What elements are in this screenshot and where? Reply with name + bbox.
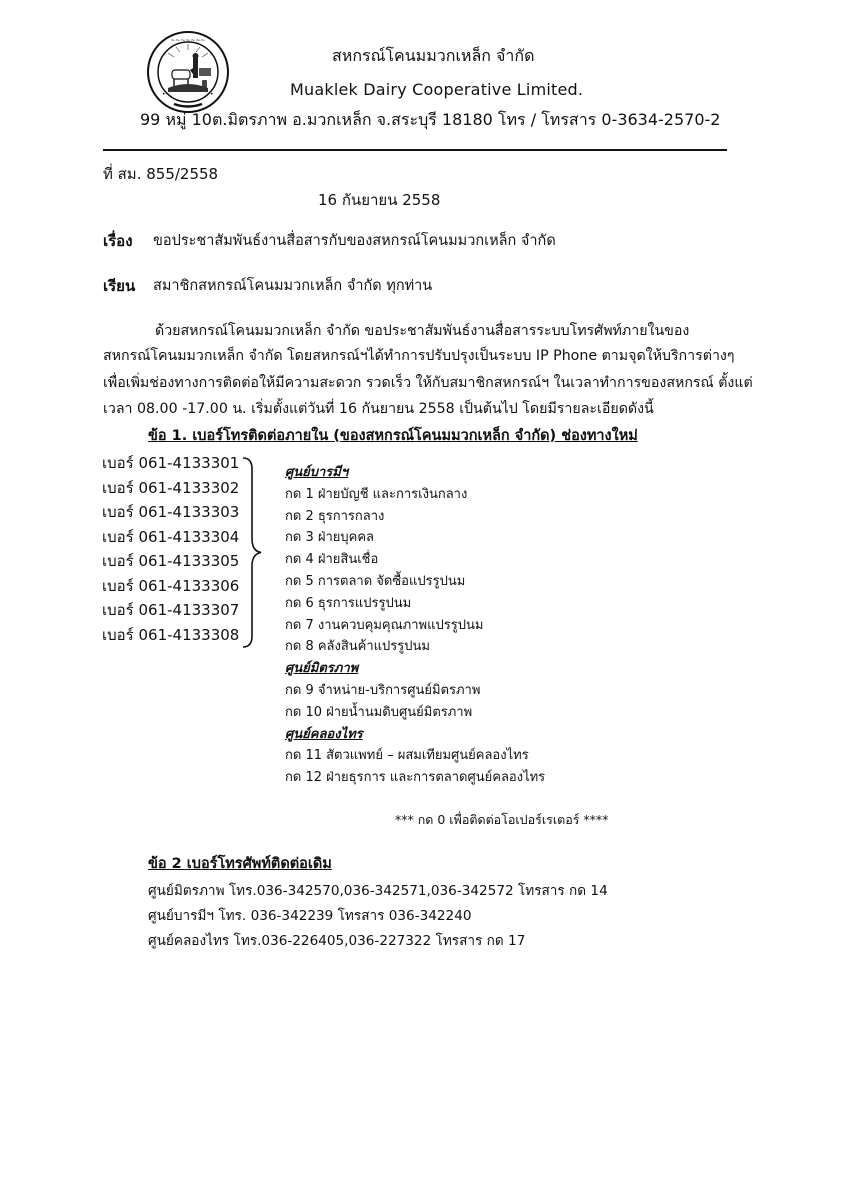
section-2-title: ข้อ 2 เบอร์โทรศัพท์ติดต่อเดิม [148,852,332,875]
extension-item: กด 12 ฝ่ายธุรการ และการตลาดศูนย์คลองไทร [285,766,545,788]
center-heading: ศูนย์คลองไทร [285,723,545,745]
phone-number: เบอร์ 061-4133303 [102,500,239,525]
phone-number: เบอร์ 061-4133308 [102,623,239,648]
body-paragraph-line: ด้วยสหกรณ์โคนมมวกเหล็ก จำกัด ขอประชาสัมพ… [155,320,689,342]
extension-item: กด 4 ฝ่ายสินเชื่อ [285,548,545,570]
extension-item: กด 11 สัตวแพทย์ – ผสมเทียมศูนย์คลองไทร [285,744,545,766]
extension-list: ศูนย์บารมีฯ กด 1 ฝ่ายบัญชี และการเงินกลา… [285,461,545,788]
extension-item: กด 8 คลังสินค้าแปรรูปนม [285,635,545,657]
extension-item: กด 2 ธุรการกลาง [285,505,545,527]
extension-item: กด 7 งานควบคุมคุณภาพแปรรูปนม [285,614,545,636]
legacy-phone-line: ศูนย์มิตรภาพ โทร.036-342570,036-342571,0… [148,879,608,904]
phone-number-list: เบอร์ 061-4133301 เบอร์ 061-4133302 เบอร… [102,451,239,647]
letter-date: 16 กันยายน 2558 [318,188,440,212]
operator-note: *** กด 0 เพื่อติดต่อโอเปอร์เรเตอร์ **** [395,810,608,830]
recipient-label: เรียน [103,274,135,298]
header-divider [103,149,727,151]
phone-number: เบอร์ 061-4133302 [102,476,239,501]
organization-address: 99 หมู่ 10ต.มิตรภาพ อ.มวกเหล็ก จ.สระบุรี… [140,108,720,133]
extension-item: กด 10 ฝ่ายน้ำนมดิบศูนย์มิตรภาพ [285,701,545,723]
cow-seal-icon: ~~~~~~~ • • [146,30,230,114]
center-heading: ศูนย์บารมีฯ [285,461,545,483]
organization-name-english: Muaklek Dairy Cooperative Limited. [290,80,583,99]
phone-number: เบอร์ 061-4133307 [102,598,239,623]
extension-item: กด 9 จำหน่าย-บริการศูนย์มิตรภาพ [285,679,545,701]
center-heading: ศูนย์มิตรภาพ [285,657,545,679]
extension-item: กด 5 การตลาด จัดซื้อแปรรูปนม [285,570,545,592]
extension-item: กด 3 ฝ่ายบุคคล [285,526,545,548]
svg-text:~~~~~~~: ~~~~~~~ [170,37,205,44]
recipient-text: สมาชิกสหกรณ์โคนมมวกเหล็ก จำกัด ทุกท่าน [153,274,432,297]
phone-number: เบอร์ 061-4133306 [102,574,239,599]
phone-number: เบอร์ 061-4133304 [102,525,239,550]
body-paragraph-line: สหกรณ์โคนมมวกเหล็ก จำกัด โดยสหกรณ์ฯได้ทำ… [103,345,734,367]
body-paragraph-line: เวลา 08.00 -17.00 น. เริ่มตั้งแต่วันที่ … [103,398,654,420]
section-1-title: ข้อ 1. เบอร์โทรติดต่อภายใน (ของสหกรณ์โคน… [148,424,638,447]
organization-name-thai: สหกรณ์โคนมมวกเหล็ก จำกัด [332,44,534,69]
phone-number: เบอร์ 061-4133301 [102,451,239,476]
legacy-phone-list: ศูนย์มิตรภาพ โทร.036-342570,036-342571,0… [148,879,608,954]
legacy-phone-line: ศูนย์คลองไทร โทร.036-226405,036-227322 โ… [148,929,608,954]
legacy-phone-line: ศูนย์บารมีฯ โทร. 036-342239 โทรสาร 036-3… [148,904,608,929]
subject-text: ขอประชาสัมพันธ์งานสื่อสารกับของสหกรณ์โคน… [153,229,556,252]
right-curly-brace-icon [240,455,264,650]
reference-number: ที่ สม. 855/2558 [103,162,218,186]
body-paragraph-line: เพื่อเพิ่มช่องทางการติดต่อให้มีความสะดวก… [103,372,753,394]
svg-text:•: • [162,91,166,98]
subject-label: เรื่อง [103,229,133,253]
extension-item: กด 1 ฝ่ายบัญชี และการเงินกลาง [285,483,545,505]
cooperative-seal-logo: ~~~~~~~ • • [146,30,230,114]
phone-number: เบอร์ 061-4133305 [102,549,239,574]
svg-text:•: • [210,91,214,98]
extension-item: กด 6 ธุรการแปรรูปนม [285,592,545,614]
